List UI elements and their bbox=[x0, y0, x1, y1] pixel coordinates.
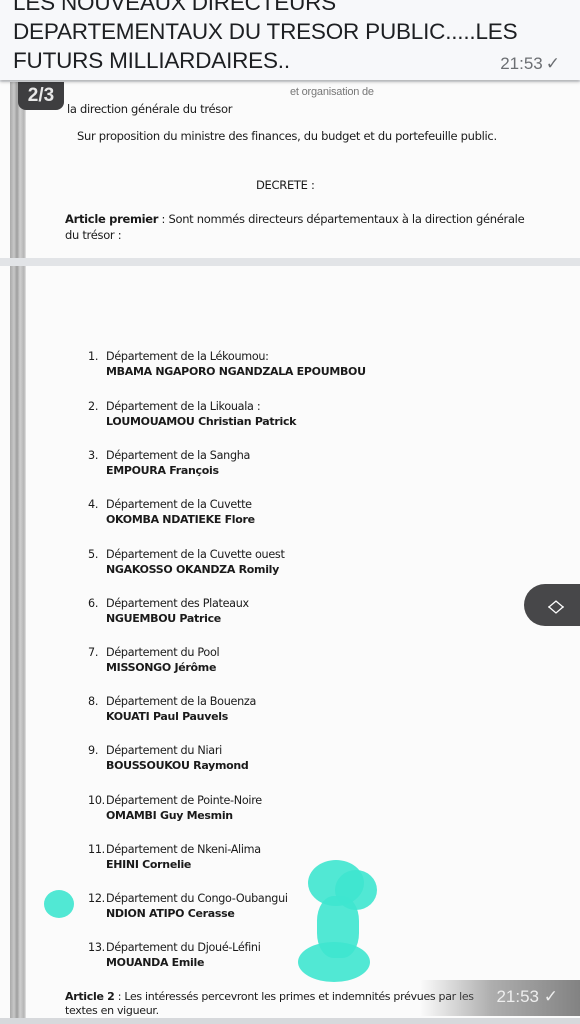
item-number: 4. bbox=[88, 498, 106, 511]
department-label: 12.Département du Congo-Oubangui bbox=[88, 892, 288, 905]
list-item: 3.Département de la SanghaEMPOURA Franço… bbox=[88, 449, 250, 477]
binder-edge bbox=[10, 266, 26, 1020]
image-timestamp-overlay: 21:53 ✓ bbox=[420, 980, 580, 1016]
item-number: 9. bbox=[88, 744, 106, 757]
department-name: Département du Djoué-Léfini bbox=[106, 941, 261, 954]
department-label: 7.Département du Pool bbox=[88, 646, 219, 659]
list-item: 10.Département de Pointe-NoireOMAMBI Guy… bbox=[88, 794, 262, 822]
department-label: 2.Département de la Likouala : bbox=[88, 400, 296, 413]
proposition-text: Sur proposition du ministre des finances… bbox=[77, 129, 497, 143]
faded-top-text: et organisation de bbox=[290, 86, 374, 98]
article-2: Article 2 : Les intéressés percevront le… bbox=[65, 990, 474, 1003]
title-line-2: DEPARTEMENTAUX DU TRESOR PUBLIC.....LES bbox=[13, 17, 533, 46]
department-label: 13.Département du Djoué-Léfini bbox=[88, 941, 261, 954]
item-number: 8. bbox=[88, 695, 106, 708]
item-number: 6. bbox=[88, 597, 106, 610]
director-name: OKOMBA NDATIEKE Flore bbox=[106, 513, 255, 526]
list-item: 5.Département de la Cuvette ouestNGAKOSS… bbox=[88, 548, 285, 576]
director-name: MOUANDA Emile bbox=[106, 956, 261, 969]
item-number: 11. bbox=[88, 843, 106, 856]
list-item: 1.Département de la Lékoumou:MBAMA NGAPO… bbox=[88, 350, 366, 378]
department-name: Département de la Sangha bbox=[106, 449, 250, 462]
list-item: 13.Département du Djoué-LéfiniMOUANDA Em… bbox=[88, 941, 261, 969]
title-line-3: FUTURS MILLIARDAIRES.. bbox=[13, 46, 533, 75]
article-2-cont: textes en vigueur. bbox=[65, 1004, 159, 1017]
article-premier-cont: du trésor : bbox=[65, 228, 121, 242]
bottom-divider bbox=[0, 1018, 580, 1024]
item-number: 13. bbox=[88, 941, 106, 954]
department-label: 4.Département de la Cuvette bbox=[88, 498, 255, 511]
director-name: MISSONGO Jérôme bbox=[106, 661, 219, 674]
director-name: OMAMBI Guy Mesmin bbox=[106, 809, 262, 822]
director-name: KOUATI Paul Pauvels bbox=[106, 710, 256, 723]
list-item: 2.Département de la Likouala :LOUMOUAMOU… bbox=[88, 400, 296, 428]
department-label: 11.Département de Nkeni-Alima bbox=[88, 843, 261, 856]
director-name: NGAKOSSO OKANDZA Romily bbox=[106, 563, 285, 576]
document-image-list[interactable]: 1.Département de la Lékoumou:MBAMA NGAPO… bbox=[0, 266, 580, 1020]
direction-line: la direction générale du trésor bbox=[67, 102, 232, 116]
annotation-dot bbox=[44, 890, 74, 918]
article-premier: Article premier : Sont nommés directeurs… bbox=[65, 212, 524, 226]
scroll-navigation-button[interactable]: ︿ ﹀ bbox=[524, 584, 580, 626]
decrete-heading: DECRETE : bbox=[256, 178, 315, 192]
chevron-down-icon[interactable]: ﹀ bbox=[548, 602, 564, 625]
title-line-1: LES NOUVEAUX DIRECTEURS bbox=[13, 0, 533, 17]
list-item: 8.Département de la BouenzaKOUATI Paul P… bbox=[88, 695, 256, 723]
annotation-blob-bottom bbox=[298, 942, 370, 982]
page-indicator: 2/3 bbox=[18, 82, 64, 110]
item-number: 5. bbox=[88, 548, 106, 561]
check-icon: ✓ bbox=[546, 54, 560, 73]
item-number: 1. bbox=[88, 350, 106, 363]
list-item: 11.Département de Nkeni-AlimaEHINI Corne… bbox=[88, 843, 261, 871]
item-number: 12. bbox=[88, 892, 106, 905]
check-icon: ✓ bbox=[544, 987, 558, 1006]
department-label: 9.Département du Niari bbox=[88, 744, 249, 757]
director-name: NGUEMBOU Patrice bbox=[106, 612, 249, 625]
director-name: BOUSSOUKOU Raymond bbox=[106, 759, 249, 772]
article-2-label: Article 2 bbox=[65, 990, 115, 1003]
list-item: 12.Département du Congo-OubanguiNDION AT… bbox=[88, 892, 288, 920]
department-name: Département de la Cuvette ouest bbox=[106, 548, 285, 561]
department-label: 3.Département de la Sangha bbox=[88, 449, 250, 462]
department-name: Département du Congo-Oubangui bbox=[106, 892, 288, 905]
image-gap bbox=[0, 258, 580, 266]
director-name: LOUMOUAMOU Christian Patrick bbox=[106, 415, 296, 428]
item-number: 3. bbox=[88, 449, 106, 462]
item-number: 7. bbox=[88, 646, 106, 659]
department-name: Département du Niari bbox=[106, 744, 222, 757]
director-name: EMPOURA François bbox=[106, 464, 250, 477]
department-name: Département de la Bouenza bbox=[106, 695, 256, 708]
list-item: 7.Département du PoolMISSONGO Jérôme bbox=[88, 646, 219, 674]
director-name: EHINI Cornelie bbox=[106, 858, 261, 871]
director-name: MBAMA NGAPORO NGANDZALA EPOUMBOU bbox=[106, 365, 366, 378]
department-name: Département du Pool bbox=[106, 646, 219, 659]
department-name: Département des Plateaux bbox=[106, 597, 249, 610]
department-label: 10.Département de Pointe-Noire bbox=[88, 794, 262, 807]
department-name: Département de la Cuvette bbox=[106, 498, 252, 511]
list-item: 6.Département des PlateauxNGUEMBOU Patri… bbox=[88, 597, 249, 625]
message-timestamp: 21:53✓ bbox=[500, 54, 560, 74]
timestamp-text: 21:53 bbox=[500, 54, 543, 73]
list-item: 4.Département de la CuvetteOKOMBA NDATIE… bbox=[88, 498, 255, 526]
department-label: 8.Département de la Bouenza bbox=[88, 695, 256, 708]
list-item: 9.Département du NiariBOUSSOUKOU Raymond bbox=[88, 744, 249, 772]
message-caption: LES NOUVEAUX DIRECTEURS DEPARTEMENTAUX D… bbox=[0, 0, 580, 80]
overlay-time-text: 21:53 bbox=[496, 987, 539, 1006]
department-name: Département de la Likouala : bbox=[106, 400, 260, 413]
document-image-top[interactable]: 2/3 et organisation de la direction géné… bbox=[0, 82, 580, 258]
department-name: Département de la Lékoumou: bbox=[106, 350, 269, 363]
item-number: 2. bbox=[88, 400, 106, 413]
department-label: 5.Département de la Cuvette ouest bbox=[88, 548, 285, 561]
article-premier-text: : Sont nommés directeurs départementaux … bbox=[158, 212, 524, 226]
department-name: Département de Pointe-Noire bbox=[106, 794, 262, 807]
department-label: 6.Département des Plateaux bbox=[88, 597, 249, 610]
message-title: LES NOUVEAUX DIRECTEURS DEPARTEMENTAUX D… bbox=[13, 0, 533, 75]
department-label: 1.Département de la Lékoumou: bbox=[88, 350, 366, 363]
director-name: NDION ATIPO Cerasse bbox=[106, 907, 288, 920]
item-number: 10. bbox=[88, 794, 106, 807]
article-premier-label: Article premier bbox=[65, 212, 158, 226]
department-name: Département de Nkeni-Alima bbox=[106, 843, 261, 856]
